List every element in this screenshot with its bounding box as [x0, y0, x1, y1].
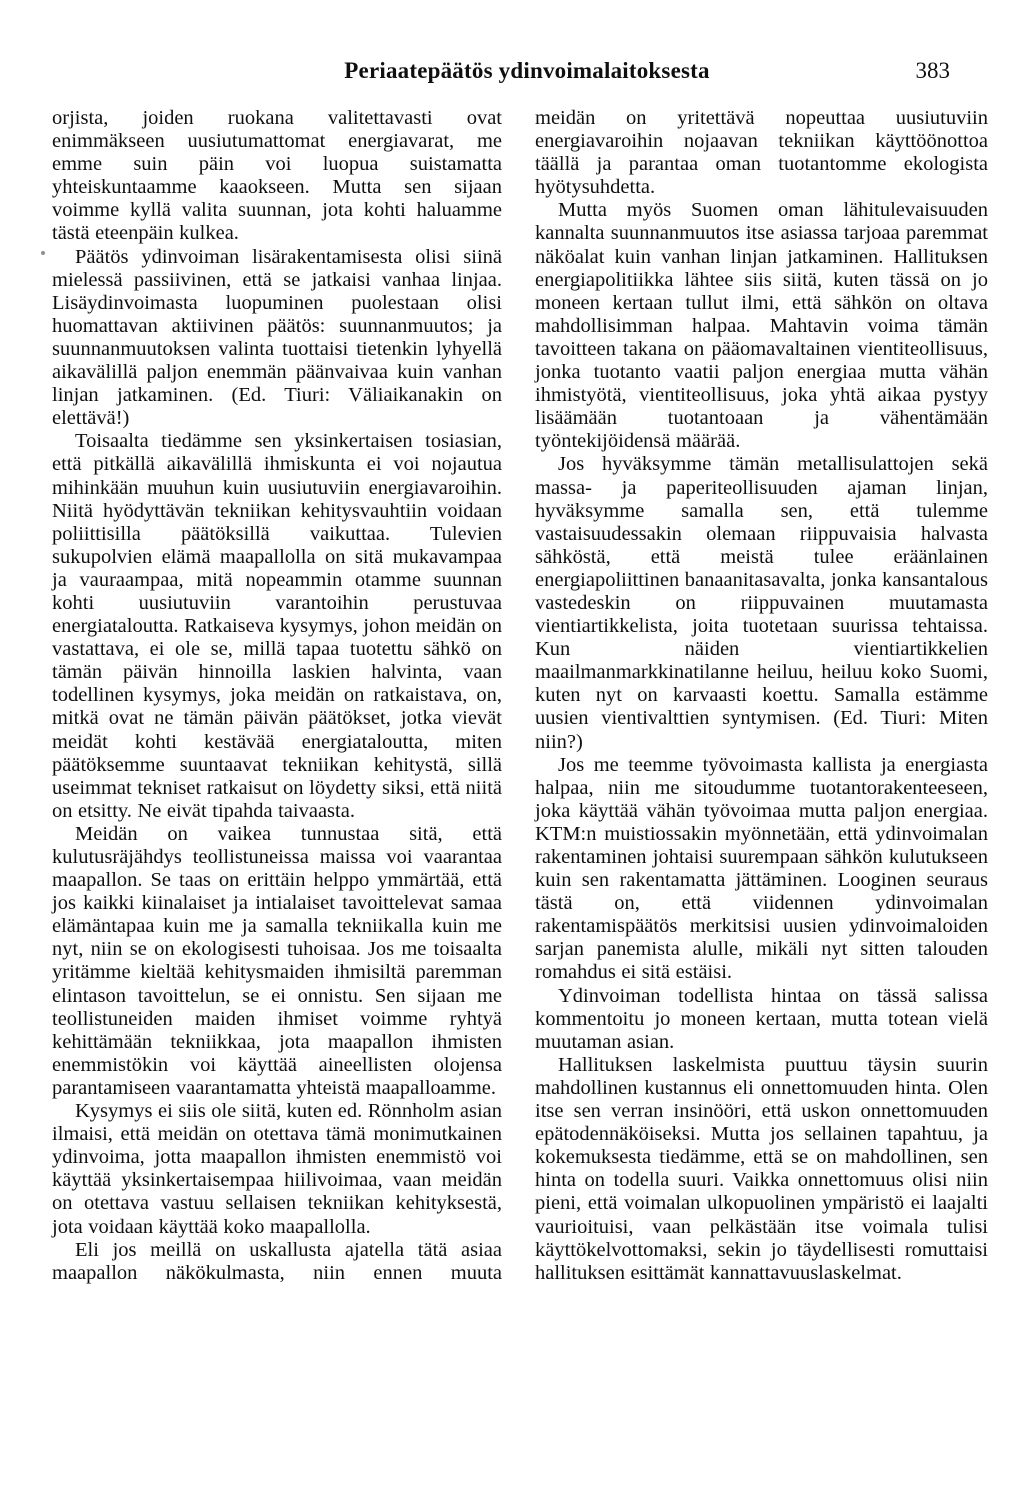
scan-artifact-dot — [41, 251, 45, 255]
right-column: meidän on yritettävä nopeuttaa uusiutuvi… — [535, 107, 988, 1285]
paragraph: Meidän on vaikea tunnustaa sitä, että ku… — [52, 823, 502, 1100]
paragraph: orjista, joiden ruokana valitettavasti o… — [52, 107, 502, 246]
running-header-title: Periaatepäätös ydinvoimalaitoksesta — [344, 58, 709, 84]
paragraph: Eli jos meillä on uskallusta ajatella tä… — [52, 1239, 502, 1285]
paragraph: Päätös ydinvoiman lisärakentamisesta oli… — [52, 246, 502, 431]
paragraph: meidän on yritettävä nopeuttaa uusiutuvi… — [535, 107, 988, 199]
paragraph: Kysymys ei siis ole siitä, kuten ed. Rön… — [52, 1100, 502, 1239]
paragraph: Toisaalta tiedämme sen yksinkertaisen to… — [52, 430, 502, 823]
page-number: 383 — [916, 58, 951, 84]
left-column: orjista, joiden ruokana valitettavasti o… — [52, 107, 502, 1285]
running-header: Periaatepäätös ydinvoimalaitoksesta 383 — [0, 58, 1024, 90]
paragraph: Jos hyväksymme tämän metallisulattojen s… — [535, 453, 988, 753]
paragraph: Jos me teemme työvoimasta kallista ja en… — [535, 754, 988, 985]
text-body: orjista, joiden ruokana valitettavasti o… — [52, 107, 988, 1285]
paragraph: Mutta myös Suomen oman lähitulevaisuuden… — [535, 199, 988, 453]
paragraph: Hallituksen laskelmista puuttuu täysin s… — [535, 1054, 988, 1285]
document-page: Periaatepäätös ydinvoimalaitoksesta 383 … — [0, 0, 1024, 1485]
paragraph: Ydinvoiman todellista hintaa on tässä sa… — [535, 985, 988, 1054]
